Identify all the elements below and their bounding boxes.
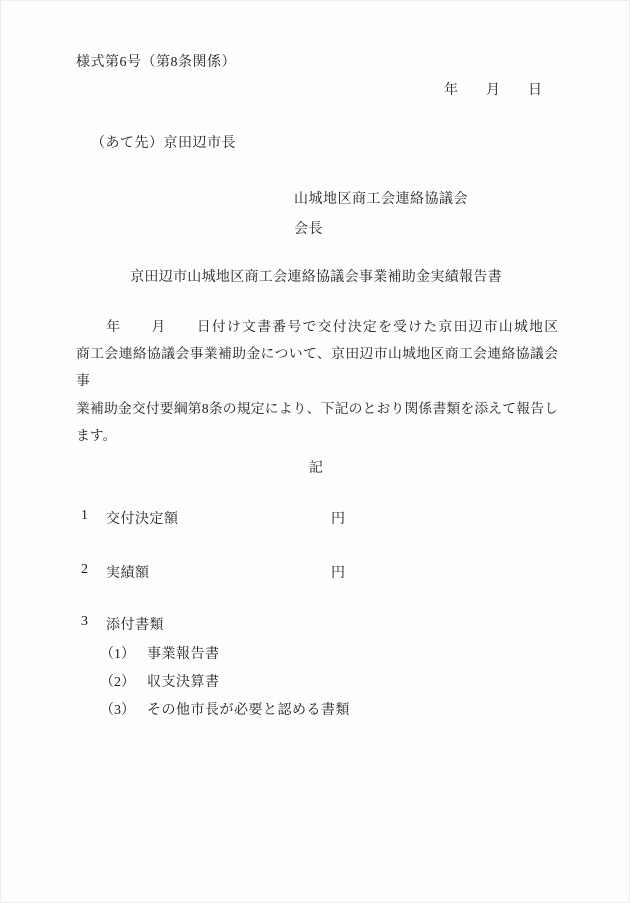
item-unit-yen: 円 (331, 508, 345, 528)
body-line: 年 月 日付け文書番号で交付決定を受けた京田辺市山城地区 (76, 313, 558, 340)
item-number: 3 (81, 614, 88, 630)
attachment-label: 事業報告書 (147, 643, 220, 663)
document-title: 京田辺市山城地区商工会連絡協議会事業補助金実績報告書 (1, 266, 630, 286)
attachment-row-business-report: （1） 事業報告書 (1, 643, 630, 663)
item-label: 実績額 (106, 562, 150, 582)
date-line: 年 月 日 (444, 79, 542, 99)
addressee: （あて先）京田辺市長 (91, 132, 236, 152)
sender-organization: 山城地区商工会連絡協議会 (294, 188, 468, 208)
document-page: 様式第6号（第8条関係） 年 月 日 （あて先）京田辺市長 山城地区商工会連絡協… (0, 0, 630, 903)
item-row-grant-decision-amount: 1 交付決定額 円 (1, 508, 630, 528)
notation-marker: 記 (1, 457, 630, 477)
sender-title: 会長 (294, 218, 323, 238)
item-row-attached-documents: 3 添付書類 (1, 614, 630, 634)
body-line: 商工会連絡協議会事業補助金について、京田辺市山城地区商工会連絡協議会事 (76, 340, 558, 394)
item-unit-yen: 円 (331, 562, 345, 582)
item-label: 添付書類 (106, 614, 164, 634)
attachment-number: （2） (100, 671, 135, 691)
attachment-number: （1） (100, 643, 135, 663)
attachment-row-other-documents: （3） その他市長が必要と認める書類 (1, 699, 630, 719)
body-line: 業補助金交付要綱第8条の規定により、下記のとおり関係書類を添えて報告し (76, 395, 558, 422)
attachment-row-financial-statement: （2） 収支決算書 (1, 671, 630, 691)
item-row-actual-amount: 2 実績額 円 (1, 562, 630, 582)
attachment-number: （3） (100, 699, 135, 719)
form-number: 様式第6号（第8条関係） (76, 51, 236, 71)
item-number: 1 (81, 508, 88, 524)
body-line: ます。 (76, 422, 558, 449)
attachment-label: その他市長が必要と認める書類 (147, 699, 350, 719)
item-label: 交付決定額 (106, 508, 179, 528)
attachment-label: 収支決算書 (147, 671, 220, 691)
body-paragraph: 年 月 日付け文書番号で交付決定を受けた京田辺市山城地区 商工会連絡協議会事業補… (76, 313, 558, 449)
item-number: 2 (81, 562, 88, 578)
